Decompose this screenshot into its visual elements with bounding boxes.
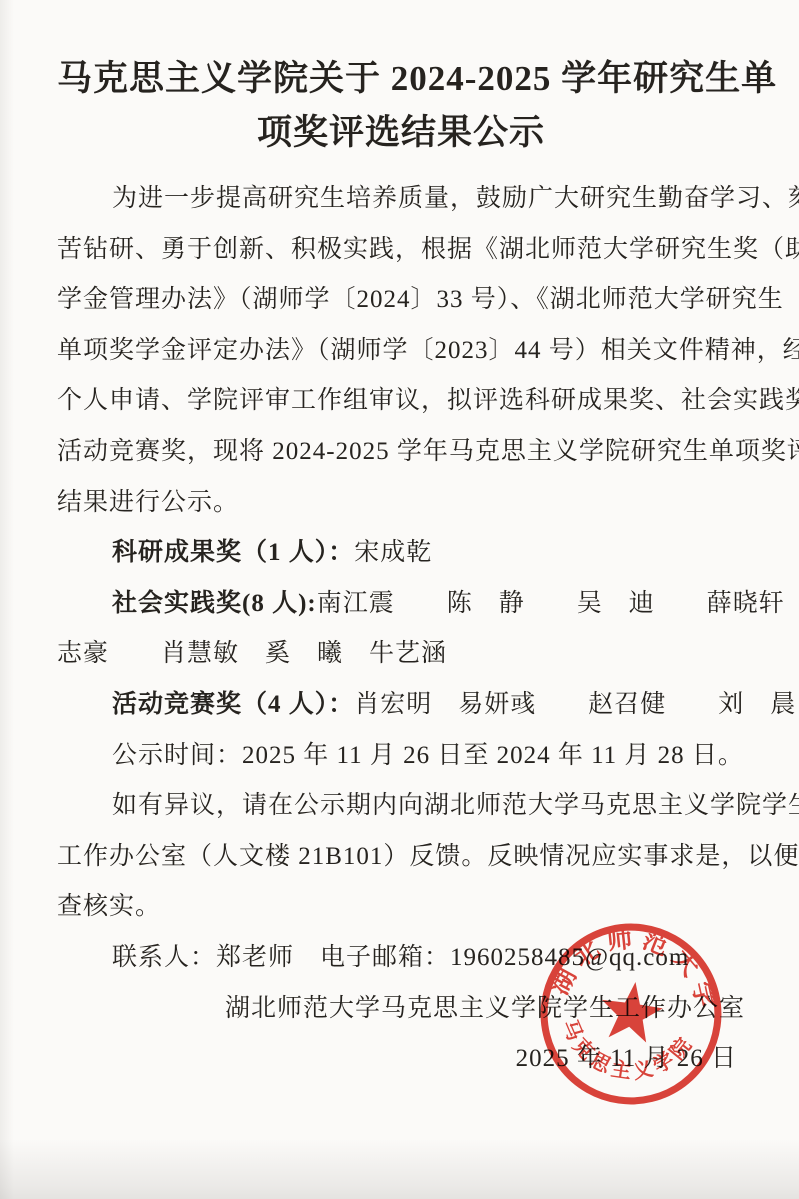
intro-paragraph: 为进一步提高研究生培养质量，鼓励广大研究生勤奋学习、刻 苦钻研、勇于创新、积极实… bbox=[57, 174, 745, 528]
text-line: 为进一步提高研究生培养质量，鼓励广大研究生勤奋学习、刻 bbox=[57, 174, 745, 225]
title-line-2: 项奖评选结果公示 bbox=[57, 106, 745, 160]
award-names: 宋成乾 bbox=[354, 539, 432, 566]
award-line-social-practice-cont: 志豪 肖慧敏 奚 曦 牛艺涵 bbox=[57, 629, 745, 680]
text-line: 学金管理办法》（湖师学〔2024〕33 号）、《湖北师范大学研究生 bbox=[57, 275, 745, 326]
date-line: 2025 年 11 月 26 日 bbox=[57, 1034, 745, 1085]
award-list: 科研成果奖（1 人）：宋成乾 社会实践奖(8 人):南江震 陈 静 吴 迪 薛晓… bbox=[57, 528, 745, 781]
title-line-1: 马克思主义学院关于 2024-2025 学年研究生单 bbox=[57, 52, 745, 106]
contact-line: 联系人：郑老师 电子邮箱：1960258485@qq.com bbox=[57, 933, 745, 984]
text-line: 个人申请、学院评审工作组审议，拟评选科研成果奖、社会实践奖、 bbox=[57, 376, 745, 427]
scan-shadow-bottom bbox=[0, 1139, 799, 1199]
announcement-document: 马克思主义学院关于 2024-2025 学年研究生单 项奖评选结果公示 为进一步… bbox=[0, 0, 799, 1199]
signature-line: 湖北师范大学马克思主义学院学生工作办公室 bbox=[57, 984, 745, 1035]
document-content: 马克思主义学院关于 2024-2025 学年研究生单 项奖评选结果公示 为进一步… bbox=[0, 0, 799, 1085]
award-label: 活动竞赛奖（4 人）： bbox=[112, 691, 354, 718]
publicity-period-text: 公示时间：2025 年 11 月 26 日至 2024 年 11 月 28 日。 bbox=[112, 742, 744, 769]
award-names: 志豪 肖慧敏 奚 曦 牛艺涵 bbox=[57, 640, 447, 667]
text-line: 结果进行公示。 bbox=[57, 478, 745, 529]
award-line-social-practice: 社会实践奖(8 人):南江震 陈 静 吴 迪 薛晓轩 陈 bbox=[57, 579, 745, 630]
publicity-period-line: 公示时间：2025 年 11 月 26 日至 2024 年 11 月 28 日。 bbox=[57, 731, 745, 782]
text-line: 如有异议，请在公示期内向湖北师范大学马克思主义学院学生 bbox=[57, 781, 745, 832]
award-line-competition: 活动竞赛奖（4 人）：肖宏明 易妍彧 赵召健 刘 晨 bbox=[57, 680, 745, 731]
award-label: 社会实践奖(8 人): bbox=[112, 590, 317, 617]
award-names: 南江震 陈 静 吴 迪 薛晓轩 陈 bbox=[317, 590, 799, 617]
text-line: 查核实。 bbox=[57, 882, 745, 933]
text-line: 工作办公室（人文楼 21B101）反馈。反映情况应实事求是，以便调 bbox=[57, 832, 745, 883]
award-line-research: 科研成果奖（1 人）：宋成乾 bbox=[57, 528, 745, 579]
text-line: 单项奖学金评定办法》（湖师学〔2023〕44 号）相关文件精神，经 bbox=[57, 326, 745, 377]
text-line: 苦钻研、勇于创新、积极实践，根据《湖北师范大学研究生奖（助） bbox=[57, 225, 745, 276]
award-names: 肖宏明 易妍彧 赵召健 刘 晨 bbox=[354, 691, 796, 718]
page-title: 马克思主义学院关于 2024-2025 学年研究生单 项奖评选结果公示 bbox=[57, 52, 745, 160]
award-label: 科研成果奖（1 人）： bbox=[112, 539, 354, 566]
text-line: 活动竞赛奖，现将 2024-2025 学年马克思主义学院研究生单项奖评选 bbox=[57, 427, 745, 478]
objection-paragraph: 如有异议，请在公示期内向湖北师范大学马克思主义学院学生 工作办公室（人文楼 21… bbox=[57, 781, 745, 933]
